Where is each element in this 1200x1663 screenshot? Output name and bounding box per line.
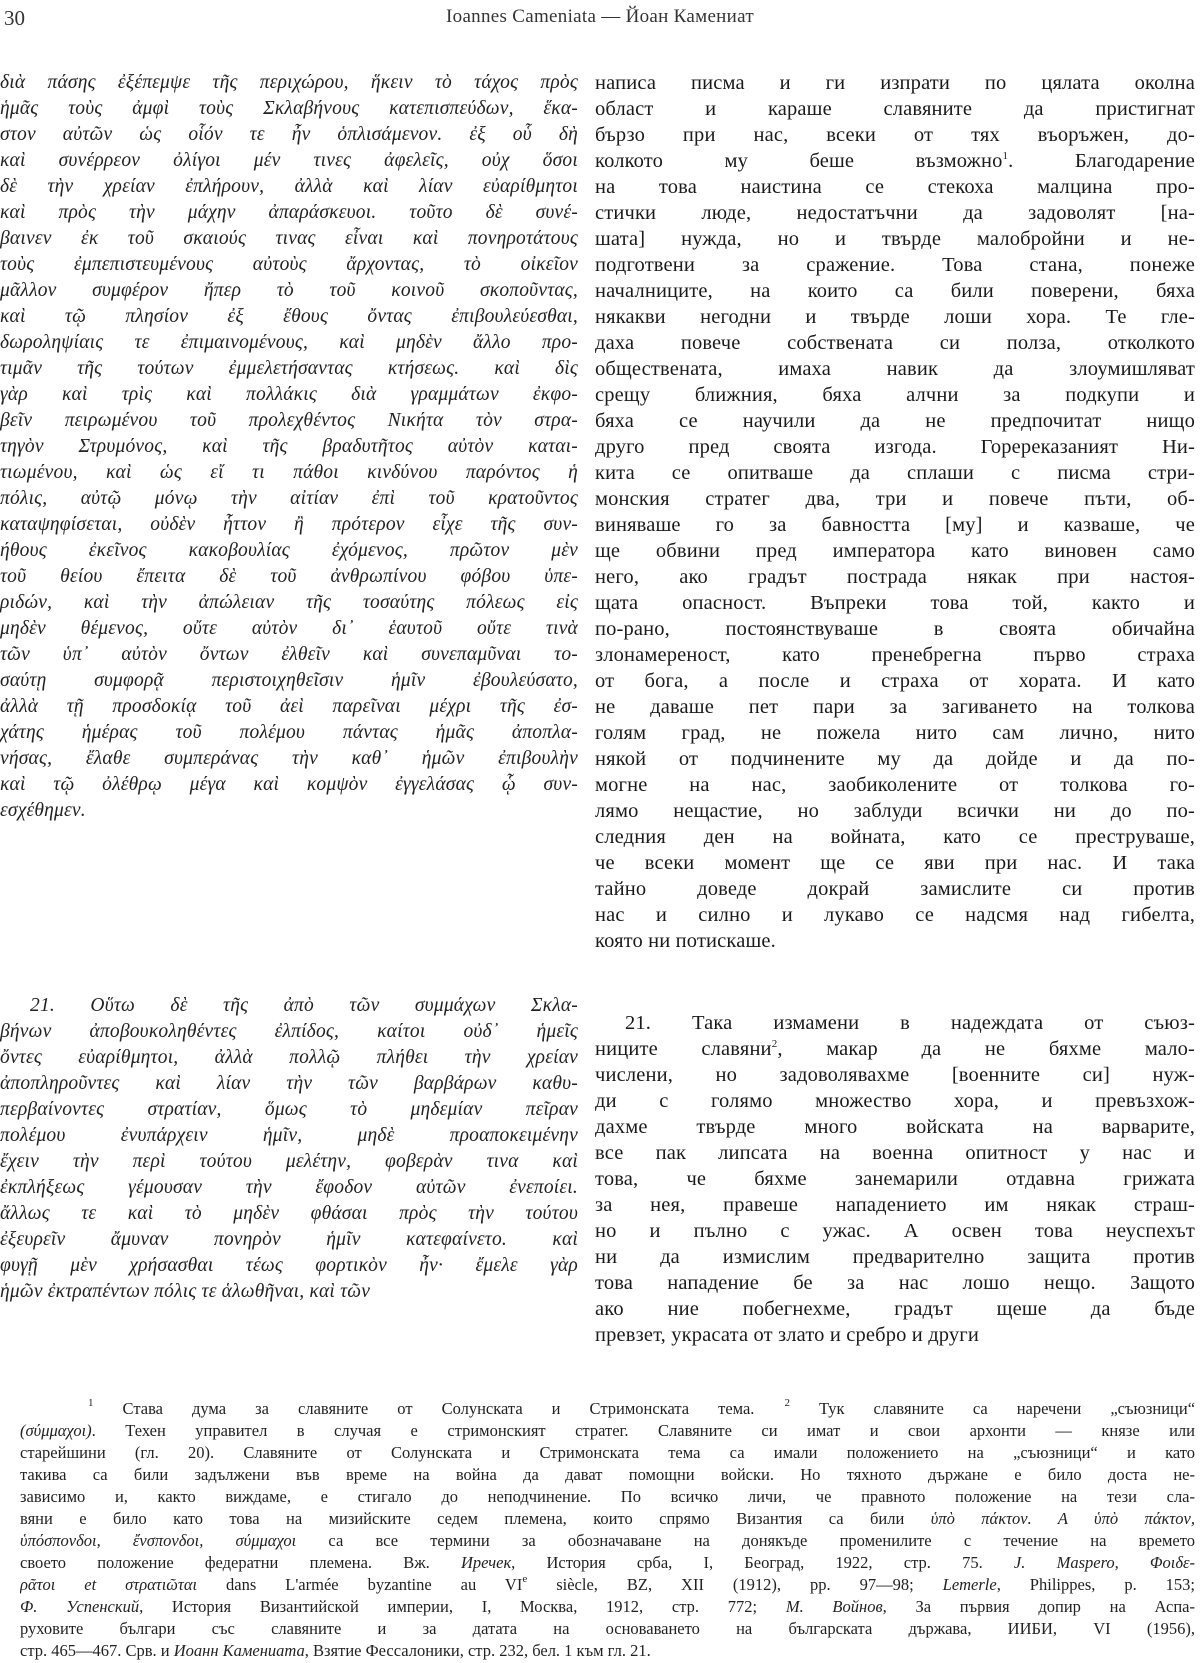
text-line: голям град, не пожела нито сам лично, ни… [595,720,1195,746]
text-line: за нея, правеше нападението им някак стр… [595,1192,1195,1218]
text-line: εσχέθημεν. [0,798,578,824]
text-line: πόλις, αὐτῷ μόνῳ τὴν αἰτίαν ἐπὶ τοῦ κρατ… [0,486,578,512]
text-line: лямо нещастие, но заблуди всички ни до п… [595,798,1195,824]
text-line: шата] нужда, но и твърде малобройни и не… [595,226,1195,252]
author-name: Иоанн Камениата [174,1641,305,1660]
author-name: J. Maspero, Φοιδε- [1014,1553,1195,1572]
footnote-line: старейшини (гл. 20). Славяните от Солунс… [20,1442,1195,1464]
bulgarian-column-block-1: написа писма и ги изпрати по цялата окол… [595,70,1195,954]
text-line: καὶ τῷ ὀλέθρῳ μέγα καὶ κομψὸν ἐγγελάσας … [0,772,578,798]
text-line: ἄλλως τε καὶ τὸ μηδὲν φθάσαι πρὸς τὴν το… [0,1201,578,1227]
text-line: περβαίνοντες στρατίαν, ὅμως τὸ μηδεμίαν … [0,1097,578,1123]
text-line: τῶν ὑπ᾽ αὐτὸν ὄντων ἐλθεῖν καὶ συνεπαμῦν… [0,642,578,668]
text-line: кита се опитваше да сплаши с писма стри- [595,460,1195,486]
text-line: но и пълно с ужас. А освен това неуспехъ… [595,1218,1195,1244]
text-line: числени, но задоволявахме [военните си] … [595,1062,1195,1088]
text-line: δὲ τὴν χρείαν ἐπλήρουν, ἀλλὰ καὶ λίαν εὐ… [0,174,578,200]
text-line: πολέμου ἐνυπάρχειν ἡμῖν, μηδὲ προαποκειμ… [0,1123,578,1149]
text-line: по-рано, постоянствуваше в своята обичай… [595,616,1195,642]
text-line: ήθους ἐκεῖνος κακοβουλίας ἐχόμενος, πρῶτ… [0,538,578,564]
text-line: ще обвини пред императора като виновен с… [595,538,1195,564]
text-line: това, че бяхме занемарили отдавна грижат… [595,1166,1195,1192]
footnote-line: 1 Става дума за славяните от Солунската … [20,1398,1195,1420]
footnote-line: руховите българи със славяните и за дата… [20,1618,1195,1640]
text-line: от бога, а после и страха от хората. И к… [595,668,1195,694]
text-line: ἡμῶν ἐκτραπέντων πόλις τε ἁλωθῆναι, καὶ … [0,1279,578,1305]
text-line: ἐκπλήξεως γέμουσαν τὴν ἔφοδον αὐτῶν ἐνεπ… [0,1175,578,1201]
text-line: βεῖν πειρωμένου τοῦ προλεχθέντος Νικήτα … [0,408,578,434]
text-line: 21. Οὕτω δὲ τῆς ἀπὸ τῶν συμμάχων Σκλα- [0,993,578,1019]
text-line: колкото му беше възможно1. Благодарение [595,148,1195,174]
text-line: νήσας, ἔλαθε συμπεράνας τὴν καθ᾽ ἡμῶν ἐπ… [0,746,578,772]
text-line: някакви негодни и твърде лоши хора. Те г… [595,304,1195,330]
greek-term: ὑπόσπονδοι, ἔνσπονδοι, σύμμαχοι [20,1531,296,1550]
bulgarian-column-block-2: 21. Така измамени в надеждата от съюз-ни… [595,1010,1195,1348]
text-line: ἡμᾶς τοὺς ἀμφὶ τοὺς Σκλαβήνους κατεπισπε… [0,96,578,122]
text-line: ἀλλὰ τῇ προσδοκίᾳ τοῦ ἀεὶ παρεῖναι μέχρι… [0,694,578,720]
text-line: 21. Така измамени в надеждата от съюз- [595,1010,1195,1036]
text-line: βήνων ἀποβουκοληθέντες ἐλπίδος, καίτοι ο… [0,1019,578,1045]
text-line: γὰρ καὶ τρὶς καὶ πολλάκις διὰ γραμμάτων … [0,382,578,408]
text-line: щата опасност. Въпреки това той, както и [595,590,1195,616]
footnote-line: стр. 465—467. Срв. и Иоанн Камениата, Вз… [20,1640,1195,1662]
footnotes: 1 Става дума за славяните от Солунската … [20,1398,1195,1662]
text-line: ριδών, καὶ τὴν ἀπώλειαν τῆς τοσαύτης πόλ… [0,590,578,616]
text-line: χάτης ἡμέρας τοῦ πολέμου πάντας ἡμᾶς ἀπο… [0,720,578,746]
text-line: καταψηφίσεται, οὐδὲν ἧττον ἢ πρότερον εἶ… [0,512,578,538]
text-line: дахме твърде много войската на варварите… [595,1114,1195,1140]
text-line: превзет, украсата от злато и сребро и др… [595,1322,1195,1348]
text-line: бързо при нас, всеки от тях въоръжен, до… [595,122,1195,148]
author-name: Иречек [461,1553,511,1572]
text-line: τιμᾶν τῆς τούτων ἐμμελετήσαντας κτήσεως.… [0,356,578,382]
footnote-1-marker: 1 [88,1398,94,1409]
text-line: ниците славяни2, макар да не бяхме мало- [595,1036,1195,1062]
text-line: ни да измислим предварително защита прот… [595,1244,1195,1270]
text-line: друго пред своята изгода. Горереказаният… [595,434,1195,460]
text-line: τηγὸν Στρυμόνος, καὶ τῆς βραδυτῆτος αὐτὸ… [0,434,578,460]
footnote-line: зависимо и, както виждаме, е стигало до … [20,1486,1195,1508]
greek-term: ρᾶτοι et στρατιῶται [20,1575,197,1594]
text-line: написа писма и ги изпрати по цялата окол… [595,70,1195,96]
text-line: ἀποπληροῦντες καὶ λίαν τὴν τῶν βαρβάρων … [0,1071,578,1097]
footnote-line: ρᾶτοι et στρατιῶται dans L'armée byzanti… [20,1574,1195,1596]
greek-term: (σύμμαχοι) [20,1421,92,1440]
footnote-line: ὑπόσπονδοι, ἔνσπονδοι, σύμμαχοι са все т… [20,1530,1195,1552]
footnote-1-text: Става дума за славяните от Солунската и … [123,1399,755,1418]
text-line: подготвени за сражение. Това стана, поне… [595,252,1195,278]
text-line: срещу ближния, бяха алчни за подкупи и [595,382,1195,408]
text-line: област и караше славяните да пристигнат [595,96,1195,122]
text-line: на това наистина се стекоха малцина про- [595,174,1195,200]
text-line: φυγῇ μὲν χρήσασθαι τέως φορτικὸν ἦν· ἔμε… [0,1253,578,1279]
footnote-line: такива са били задължени във време на во… [20,1464,1195,1486]
author-name: Lemerle [943,1575,997,1594]
text-line: която ни потискаше. [595,928,1195,954]
running-title: Ioannes Cameniata — Йоан Камениат [0,6,1200,28]
footnote-2-text: Тук славяните са наречени „съюзници“ [819,1399,1195,1418]
text-line: виняваше го за бавността [му] и казваше,… [595,512,1195,538]
greek-column-block-2: 21. Οὕτω δὲ τῆς ἀπὸ τῶν συμμάχων Σκλα-βή… [0,993,578,1305]
author-name: Ф. Успенский [20,1597,139,1616]
text-line: ди с голямо множество хора, и превъзхож- [595,1088,1195,1114]
text-line: τοὺς ἐμπεπιστευμένους αὐτοὺς ἄρχοντας, τ… [0,252,578,278]
text-line: злонамереност, като пренебрегна първо ст… [595,642,1195,668]
text-line: ако ние побегнехме, градът щеше да бъде [595,1296,1195,1322]
text-line: нас и силно и лукаво се надсмя над гибел… [595,902,1195,928]
text-line: че всеки момент ще се яви при нас. И так… [595,850,1195,876]
text-line: бяха се научили да не предпочитат нищо [595,408,1195,434]
text-line: στον αὐτῶν ὡς οἷόν τε ἦν ὁπλισάμενον. ἐξ… [0,122,578,148]
footnote-2-marker: 2 [784,1398,790,1409]
text-line: ἔχειν τὴν περὶ τούτου μελέτην, φοβερὰν τ… [0,1149,578,1175]
footnote-line: Ф. Успенский, История Византийской импер… [20,1596,1195,1618]
text-line: тайно доведе докрай замислите си против [595,876,1195,902]
text-line: διὰ πάσης ἐξέπεμψε τῆς περιχώρου, ἥκειν … [0,70,578,96]
footnote-line: своето положение федератни племена. Вж. … [20,1552,1195,1574]
text-line: καὶ συνέρρεον ὀλίγοι μέν τινες ἀφελεῖς, … [0,148,578,174]
text-line: не даваше пет пари за загиването на толк… [595,694,1195,720]
text-line: следния ден на войната, като се преструв… [595,824,1195,850]
text-line: σαύτῃ συμφορᾷ περιστοιχηθεῖσιν ἡμῖν ἐβου… [0,668,578,694]
text-line: δωροληψίαις τε ἐπιμαινομένους, καὶ μηδὲν… [0,330,578,356]
text-line: обществената, имаха навик да злоумишлява… [595,356,1195,382]
text-line: τοῦ θείου ἔπειτα δὲ τοῦ ἀνθρωπίνου φόβου… [0,564,578,590]
page-header: 30 Ioannes Cameniata — Йоан Камениат [0,0,1200,40]
text-line: даха повече собствената си полза, отколк… [595,330,1195,356]
text-line: ἐξευρεῖν ἄμυναν πονηρὸν ἡμῖν κατεφαίνετο… [0,1227,578,1253]
author-name: М. Войнов [786,1597,883,1616]
footnote-line: вяни е било като това на мизийските седе… [20,1508,1195,1530]
text-line: τιωμένου, καὶ ὡς εἴ τι πάθοι κινδύνου πα… [0,460,578,486]
greek-term: ὑπὸ πάκτον. Α ὑπὸ πάκτον, [931,1509,1195,1528]
text-line: μᾶλλον συμφέρον ἤπερ τὸ τοῦ κοινοῦ σκοπο… [0,278,578,304]
text-line: могне на нас, заобиколените от толкова г… [595,772,1195,798]
greek-column-block-1: διὰ πάσης ἐξέπεμψε τῆς περιχώρου, ἥκειν … [0,70,578,824]
text-line: стички люде, недостатъчни да задоволят [… [595,200,1195,226]
text-line: монския стратег два, три и повече пъти, … [595,486,1195,512]
text-line: него, ако градът пострада някак при наст… [595,564,1195,590]
footnote-line: (σύμμαχοι). Техен управител в случая е с… [20,1420,1195,1442]
text-line: βαινεν ἐκ τοῦ σκαιούς τινας εἶναι καὶ πο… [0,226,578,252]
text-line: καὶ τῷ πλησίον ἐξ ἔθους ὄντας ἐπιβουλεύε… [0,304,578,330]
text-line: ὄντες εὐαρίθμητοι, ἀλλὰ πολλῷ πλήθει τὴν… [0,1045,578,1071]
text-line: все пак липсата на военна опитност у нас… [595,1140,1195,1166]
text-line: καὶ πρὸς τὴν μάχην ἀπαράσκευοι. τοῦτο δὲ… [0,200,578,226]
text-line: това нападение бе за нас лошо нещо. Защо… [595,1270,1195,1296]
text-line: μηδὲν θέμενος, οὔτε αὐτὸν δι᾽ ἑαυτοῦ οὔτ… [0,616,578,642]
text-line: някой от подчинените му да дойде и да по… [595,746,1195,772]
text-line: началниците, на които са били поверени, … [595,278,1195,304]
